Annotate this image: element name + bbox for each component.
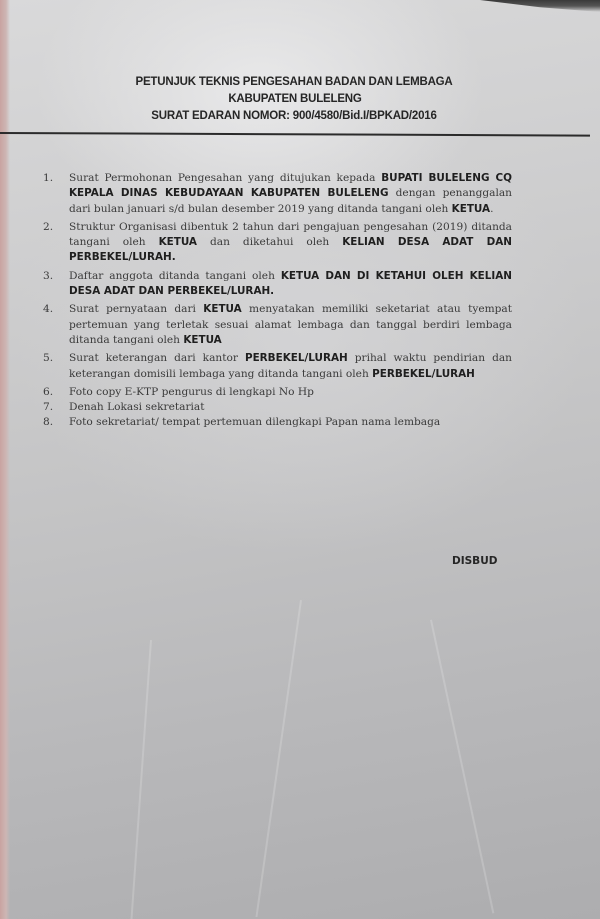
requirement-item: 8.Foto sekretariat/ tempat pertemuan dil… — [40, 415, 512, 430]
requirement-number: 1. — [43, 171, 53, 186]
emphasized-text: KETUA — [452, 203, 490, 215]
requirement-item: 4.Surat pernyataan dari KETUA menyatakan… — [40, 302, 512, 348]
paper-crease — [130, 640, 152, 919]
plain-text: Surat Permohonan Pengesahan yang ditujuk… — [69, 172, 381, 184]
plain-text: Surat pernyataan dari — [69, 303, 203, 315]
document-subtitle: KABUPATEN BULELENG — [0, 91, 600, 108]
requirement-number: 5. — [43, 351, 53, 366]
document-header: PETUNJUK TEKNIS PENGESAHAN BADAN DAN LEM… — [0, 74, 600, 125]
requirement-text: Surat keterangan dari kantor PERBEKEL/LU… — [69, 352, 512, 379]
plain-text: Daftar anggota ditanda tangani oleh — [69, 270, 281, 282]
plain-text: Foto copy E-KTP pengurus di lengkapi No … — [69, 386, 314, 398]
requirement-text: Foto sekretariat/ tempat pertemuan dilen… — [69, 416, 440, 428]
requirement-item: 5.Surat keterangan dari kantor PERBEKEL/… — [40, 351, 512, 382]
requirements-list: 1.Surat Permohonan Pengesahan yang dituj… — [40, 171, 512, 431]
emphasized-text: PERBEKEL/LURAH — [245, 352, 348, 364]
circular-number: SURAT EDARAN NOMOR: 900/4580/Bid.I/BPKAD… — [0, 108, 600, 125]
plain-text: . — [490, 203, 493, 215]
emphasized-text: PERBEKEL/LURAH — [372, 368, 475, 380]
plain-text: Denah Lokasi sekretariat — [69, 401, 205, 413]
requirement-number: 2. — [43, 220, 53, 235]
requirement-number: 3. — [43, 269, 53, 284]
requirement-item: 7.Denah Lokasi sekretariat — [40, 400, 512, 415]
paper-sheet — [0, 0, 600, 919]
emphasized-text: KETUA — [159, 236, 197, 248]
requirement-text: Surat Permohonan Pengesahan yang ditujuk… — [69, 172, 512, 215]
emphasized-text: KETUA — [203, 303, 241, 315]
requirement-text: Struktur Organisasi dibentuk 2 tahun dar… — [69, 221, 512, 264]
emphasized-text: KETUA — [183, 334, 221, 346]
document-title: PETUNJUK TEKNIS PENGESAHAN BADAN DAN LEM… — [0, 74, 600, 91]
plain-text: Foto sekretariat/ tempat pertemuan dilen… — [69, 416, 440, 428]
paper-crease — [430, 620, 494, 914]
requirement-item: 6.Foto copy E-KTP pengurus di lengkapi N… — [40, 385, 512, 400]
requirement-number: 6. — [43, 385, 53, 400]
plain-text: Surat keterangan dari kantor — [69, 352, 245, 364]
requirement-number: 8. — [43, 415, 53, 430]
plain-text: dan diketahui oleh — [197, 236, 342, 248]
requirement-item: 3.Daftar anggota ditanda tangani oleh KE… — [40, 269, 512, 300]
requirement-text: Surat pernyataan dari KETUA menyatakan m… — [69, 303, 512, 346]
requirement-item: 1.Surat Permohonan Pengesahan yang dituj… — [40, 171, 512, 217]
requirement-item: 2.Struktur Organisasi dibentuk 2 tahun d… — [40, 220, 512, 266]
requirement-text: Daftar anggota ditanda tangani oleh KETU… — [69, 270, 512, 297]
paper-crease — [255, 600, 302, 917]
signature-issuer: DISBUD — [452, 555, 497, 567]
requirement-number: 7. — [43, 400, 53, 415]
requirement-text: Foto copy E-KTP pengurus di lengkapi No … — [69, 386, 314, 398]
requirement-number: 4. — [43, 302, 53, 317]
requirement-text: Denah Lokasi sekretariat — [69, 401, 205, 413]
